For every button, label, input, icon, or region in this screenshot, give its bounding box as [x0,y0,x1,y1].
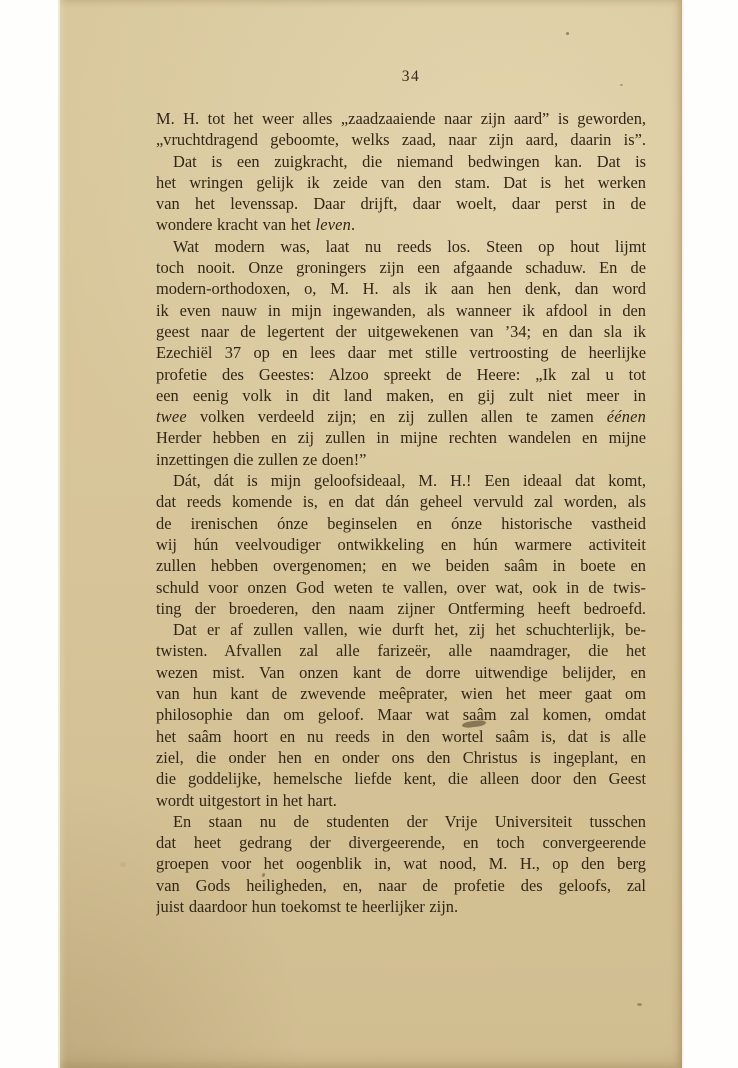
text-line: philosophie dan om geloof. Maar wat saâm… [156,704,646,725]
scan-background: 34 M. H. tot het weer alles „zaadzaaiend… [0,0,738,1068]
text-line: „vruchtdragend geboomte, welks zaad, naa… [156,129,646,150]
text-line: wordt uitgestort in het hart. [156,790,646,811]
text-line: inzettingen die zullen ze doen!” [156,449,646,470]
text-line: het wringen gelijk ik zeide van den stam… [156,172,646,193]
text-line: Dat er af zullen vallen, wie durft het, … [156,619,646,640]
text-line: wondere kracht van het leven. [156,214,646,235]
page-number: 34 [166,68,656,86]
text-line: van Gods heiligheden, en, naar de profet… [156,875,646,896]
text-line: groepen voor het oogenblik in, wat nood,… [156,853,646,874]
text-line: modern-orthodoxen, o, M. H. als ik aan h… [156,278,646,299]
text-line: En staan nu de studenten der Vrije Unive… [156,811,646,832]
book-page: 34 M. H. tot het weer alles „zaadzaaiend… [58,0,682,1068]
text-line: zullen hebben overgenomen; en we beiden … [156,555,646,576]
text-line: ting der broederen, den naam zijner Ontf… [156,598,646,619]
text-line: het saâm hoort en nu reeds in den wortel… [156,726,646,747]
text-line: dat heet gedrang der divergeerende, en t… [156,832,646,853]
text-line: ziel, die onder hen en onder ons den Chr… [156,747,646,768]
text-line: die goddelijke, hemelsche liefde kent, d… [156,768,646,789]
text-line: van het levenssap. Daar drijft, daar woe… [156,193,646,214]
text-line: geest naar de legertent der uitgewekenen… [156,321,646,342]
text-line: Wat modern was, laat nu reeds los. Steen… [156,236,646,257]
text-line: wij hún veelvoudiger ontwikkeling en hún… [156,534,646,555]
text-line: de irenischen ónze beginselen en ónze hi… [156,513,646,534]
text-line: Ezechiël 37 op en lees daar met stille v… [156,342,646,363]
text-line: dat reeds komende is, en dat dán geheel … [156,491,646,512]
text-line: toch nooit. Onze groningers zijn een afg… [156,257,646,278]
text-line: juist daardoor hun toekomst te heerlijke… [156,896,646,917]
text-line: van hun kant de zwevende meêprater, wien… [156,683,646,704]
text-line: Dát, dát is mijn geloofsideaal, M. H.! E… [156,470,646,491]
text-line: twisten. Afvallen zal alle farizeër, all… [156,640,646,661]
text-line: M. H. tot het weer alles „zaadzaaiende n… [156,108,646,129]
text-line: twee volken verdeeld zijn; en zij zullen… [156,406,646,427]
text-line: een eenig volk in dit land maken, en gij… [156,385,646,406]
text-line: profetie des Geestes: Alzoo spreekt de H… [156,364,646,385]
text-line: Dat is een zuigkracht, die niemand bedwi… [156,151,646,172]
text-line: Herder hebben en zij zullen in mijne rec… [156,427,646,448]
text-block: M. H. tot het weer alles „zaadzaaiende n… [156,108,646,917]
text-line: ik even nauw in mijn ingewanden, als wan… [156,300,646,321]
text-line: schuld voor onzen God weten te vallen, o… [156,577,646,598]
text-line: wezen mist. Van onzen kant de dorre uitw… [156,662,646,683]
